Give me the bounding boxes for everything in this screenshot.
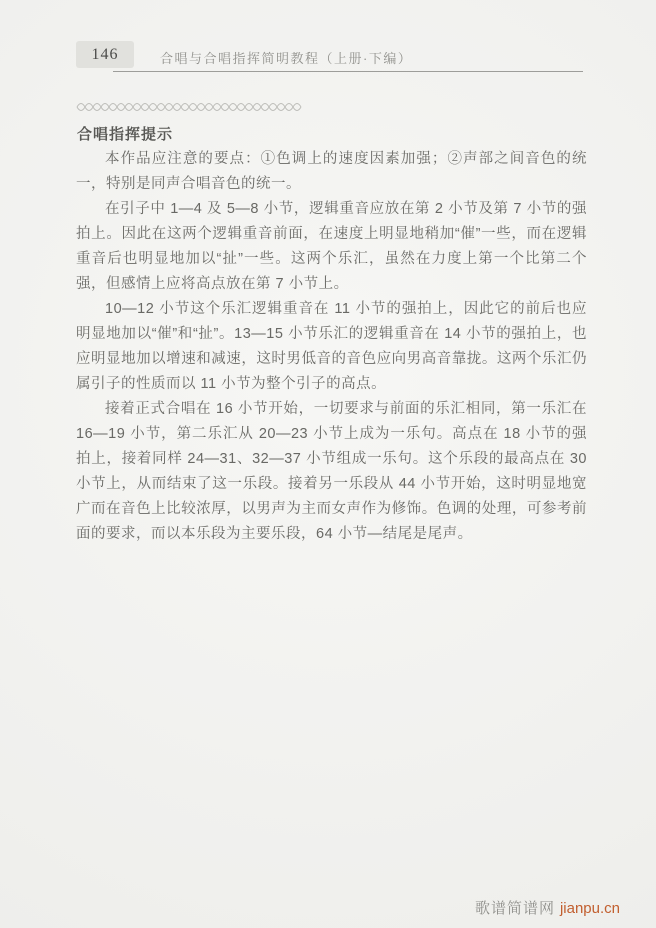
watermark: 歌谱简谱网jianpu.cn (475, 897, 620, 918)
header-rule (113, 71, 583, 72)
book-page: 146 合唱与合唱指挥简明教程（上册·下编） 合唱指挥提示 本作品应注意的要点：… (0, 0, 656, 928)
page-number-badge: 146 (76, 41, 134, 68)
paragraph-1: 本作品应注意的要点：①色调上的速度因素加强；②声部之间音色的统一，特别是同声合唱… (76, 147, 587, 197)
section-heading: 合唱指挥提示 (77, 123, 173, 144)
section-body: 本作品应注意的要点：①色调上的速度因素加强；②声部之间音色的统一，特别是同声合唱… (76, 147, 587, 547)
watermark-site-url: jianpu.cn (560, 900, 620, 917)
running-header-title: 合唱与合唱指挥简明教程（上册·下编） (160, 48, 412, 67)
squiggle-divider-icon (76, 101, 302, 113)
watermark-site-name: 歌谱简谱网 (475, 900, 555, 917)
paragraph-2: 在引子中 1—4 及 5—8 小节，逻辑重音应放在第 2 小节及第 7 小节的强… (76, 197, 587, 297)
paragraph-3: 10—12 小节这个乐汇逻辑重音在 11 小节的强拍上，因此它的前后也应明显地加… (76, 297, 587, 397)
paragraph-4: 接着正式合唱在 16 小节开始，一切要求与前面的乐汇相同，第一乐汇在 16—19… (76, 397, 587, 547)
